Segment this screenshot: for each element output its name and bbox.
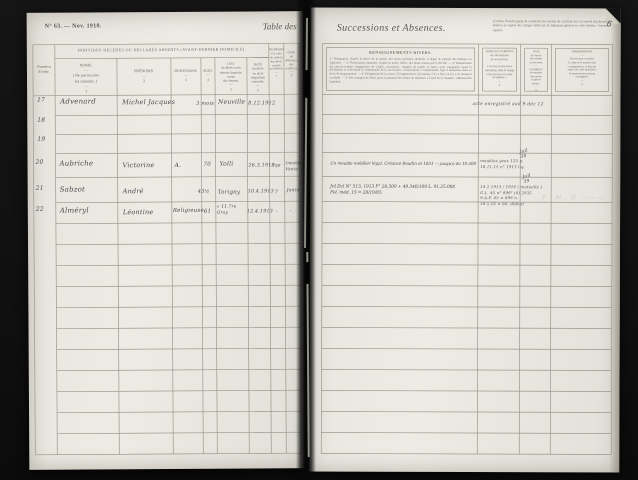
row-number: 22	[36, 206, 44, 213]
cell-date: 8.12.1912	[248, 100, 275, 106]
cell-certificat: -	[290, 208, 292, 214]
scanned-register: N° 63. — Nov. 1910. Table des	[0, 0, 638, 480]
col-header-observations: OBSERVATIONS. — Successions vacantes. La…	[556, 50, 609, 86]
col-header-prenoms: PRÉNOMS. — 2	[117, 68, 171, 84]
cell-lieu: Neuville	[218, 99, 245, 106]
col-header-date-envoi: DATE de l'envoi des extraits au directeu…	[525, 50, 548, 92]
right-page: Successions et Absences. (1) Nota. Prend…	[309, 7, 621, 472]
annotation-renseignements: Jnl Dcl N° 513, 1913 F° 28.500 + 49.340/…	[330, 185, 455, 198]
row-number: 17	[37, 97, 45, 104]
cell-prenoms: Michel Jacques	[122, 98, 175, 106]
cell-lieu: Torigny	[218, 190, 241, 196]
row-number: 19	[37, 136, 45, 143]
col-header-dates-numeros: DATES ET NUMÉROS des déclarations de suc…	[483, 50, 517, 88]
row-number: 21	[36, 185, 44, 192]
cell-prenoms: Léontine	[123, 208, 154, 216]
cell-profession: A.	[175, 162, 182, 169]
cell-noms: Sabzot	[60, 185, 85, 193]
cell-noms: Advenard	[60, 97, 96, 105]
col-header-numeros: Numéros d'ordre.	[33, 65, 55, 75]
col-header-lieu: LIEU du décès ou du dernier domicile con…	[215, 62, 247, 92]
col-header-renseignements-title: RENSEIGNEMENTS DIVERS.	[329, 51, 473, 56]
cell-profession: Religieuse	[173, 208, 204, 214]
cell-numero: liqa	[272, 163, 281, 168]
cell-numero: -	[276, 208, 278, 214]
binding-mark	[306, 262, 309, 284]
col-header-noms: NOMS. — ( Ne pas inscrire les surnoms. )…	[55, 62, 117, 94]
cell-prenoms: Victorine	[123, 161, 155, 169]
cell-date: 10.4.1913	[248, 189, 274, 194]
cell-lieu: Yolli	[220, 161, 234, 168]
annotation-margin-note: Juil 38	[519, 149, 529, 160]
cell-age: 3 mois	[196, 101, 214, 107]
col-header-date-deces: DATE du décès ou de la disparition const…	[247, 62, 269, 92]
cell-date: 12.4.1913	[247, 209, 273, 214]
annotation-dates: meubles yeux 125 p. 18.11.15 n° 1913 liq…	[480, 158, 525, 170]
row-number: 20	[35, 159, 43, 166]
faint-stamp: F. M. D ———	[542, 194, 606, 201]
binding-mark	[305, 70, 309, 98]
cell-noms: Alméryl	[60, 206, 89, 214]
cell-numero: 7	[275, 189, 278, 195]
left-page: N° 63. — Nov. 1910. Table des	[27, 11, 306, 470]
cell-lieu: « 11.7re Gray	[217, 205, 237, 217]
cell-age: 61	[204, 209, 211, 215]
cell-noms: Aubriche	[60, 159, 94, 167]
col-header-ages: ÂGES. — 4	[201, 69, 215, 82]
col-header-renseignements-body: 1° Désignation, d'après la notice de la …	[330, 58, 472, 89]
cell-prenoms: André	[123, 187, 144, 195]
cell-age: 70	[204, 162, 211, 168]
col-header-numero-suite: NUMÉROS à la suite du tableau des décès …	[269, 48, 284, 79]
cell-age: 43½	[198, 189, 210, 195]
annotation-dates: 14.2.1913 / 1916 ( mutuelle ) G.L. 45 n°…	[480, 184, 542, 206]
row-number: 18	[37, 117, 45, 124]
annotation-margin-note: Juil 39	[522, 174, 532, 185]
annotation-renseignements: Un meuble mobilier légal. Créance Boudin…	[330, 161, 476, 167]
col-header-professions: PROFESSIONS. — 3	[171, 69, 201, 82]
annotation-dates: acte enregistré aud 9 déc 12	[472, 102, 543, 107]
